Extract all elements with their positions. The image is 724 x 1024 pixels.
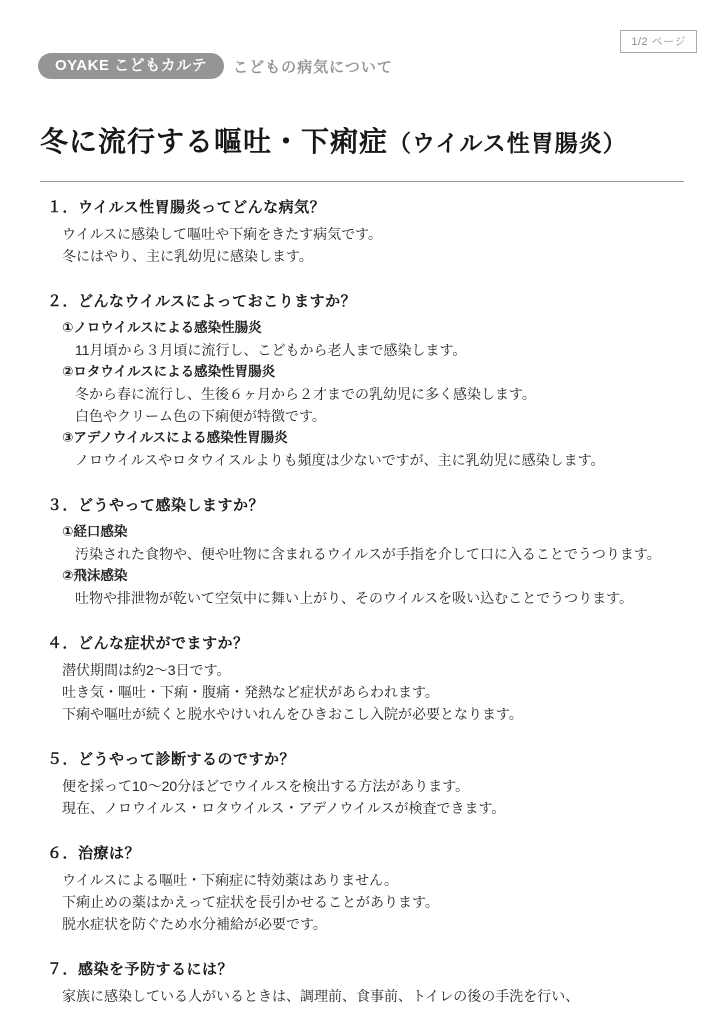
body-line: 家族に感染している人がいるときは、調理前、食事前、トイレの後の手洗を行い、 xyxy=(47,985,687,1007)
sub-heading-line: ①ノロウイルスによる感染性腸炎 xyxy=(47,317,687,339)
body-line: 現在、ノロウイルス・ロタウイルス・アデノウイルスが検査できます。 xyxy=(47,797,687,819)
body-line: 11月頃から３月頃に流行し、こどもから老人まで感染します。 xyxy=(47,339,687,361)
body-line: 下痢止めの薬はかえって症状を長引かせることがあります。 xyxy=(47,891,687,913)
section-heading: ２．どんなウイルスによっておこりますか？ xyxy=(47,291,687,313)
document-page: 1/2 ページ OYAKE こどもカルテ こどもの病気について 冬に流行する嘔吐… xyxy=(0,0,724,1024)
body-line: 下痢や嘔吐が続くと脱水やけいれんをひきおこし入院が必要となります。 xyxy=(47,703,687,725)
document-content: １．ウイルス性胃腸炎ってどんな病気？ ウイルスに感染して嘔吐や下痢をきたす病気で… xyxy=(47,197,687,1024)
section-heading: １．ウイルス性胃腸炎ってどんな病気？ xyxy=(47,197,687,219)
section-heading: ７．感染を予防するには？ xyxy=(47,959,687,981)
sub-heading-line: ①経口感染 xyxy=(47,521,687,543)
page-title-paren: （ウイルス性胃腸炎） xyxy=(388,130,627,156)
body-line: 便を採って10～20分ほどでウイルスを検出する方法があります。 xyxy=(47,775,687,797)
section-7: ７．感染を予防するには？ 家族に感染している人がいるときは、調理前、食事前、トイ… xyxy=(47,959,687,1007)
page-title: 冬に流行する嘔吐・下痢症（ウイルス性胃腸炎） xyxy=(40,120,627,160)
section-6: ６．治療は？ ウイルスによる嘔吐・下痢症に特効薬はありません。 下痢止めの薬はか… xyxy=(47,843,687,935)
body-line: ウイルスに感染して嘔吐や下痢をきたす病気です。 xyxy=(47,223,687,245)
header-subtitle: こどもの病気について xyxy=(233,56,393,77)
section-5: ５．どうやって診断するのですか？ 便を採って10～20分ほどでウイルスを検出する… xyxy=(47,749,687,819)
section-heading: ４．どんな症状がでますか？ xyxy=(47,633,687,655)
section-1: １．ウイルス性胃腸炎ってどんな病気？ ウイルスに感染して嘔吐や下痢をきたす病気で… xyxy=(47,197,687,267)
sub-heading-line: ②飛沫感染 xyxy=(47,565,687,587)
body-line: ウイルスによる嘔吐・下痢症に特効薬はありません。 xyxy=(47,869,687,891)
document-header: OYAKE こどもカルテ こどもの病気について xyxy=(38,53,393,79)
title-divider xyxy=(40,181,684,182)
body-line: 冬にはやり、主に乳幼児に感染します。 xyxy=(47,245,687,267)
brand-badge: OYAKE こどもカルテ xyxy=(38,53,224,79)
body-line: 冬から春に流行し、生後６ヶ月から２才までの乳幼児に多く感染します。 xyxy=(47,383,687,405)
sub-heading-line: ③アデノウイルスによる感染性胃腸炎 xyxy=(47,427,687,449)
sub-heading-line: ②ロタウイルスによる感染性胃腸炎 xyxy=(47,361,687,383)
section-heading: ３．どうやって感染しますか？ xyxy=(47,495,687,517)
section-4: ４．どんな症状がでますか？ 潜伏期間は約2～3日です。 吐き気・嘔吐・下痢・腹痛… xyxy=(47,633,687,725)
body-line: ノロウイルスやロタウイスルよりも頻度は少ないですが、主に乳幼児に感染します。 xyxy=(47,449,687,471)
body-line: 汚染された食物や、便や吐物に含まれるウイルスが手指を介して口に入ることでうつりま… xyxy=(47,543,687,565)
body-line: 脱水症状を防ぐため水分補給が必要です。 xyxy=(47,913,687,935)
body-line: 吐き気・嘔吐・下痢・腹痛・発熱など症状があらわれます。 xyxy=(47,681,687,703)
page-title-main: 冬に流行する嘔吐・下痢症 xyxy=(40,126,388,157)
section-heading: ５．どうやって診断するのですか？ xyxy=(47,749,687,771)
body-line: 潜伏期間は約2～3日です。 xyxy=(47,659,687,681)
page-indicator: 1/2 ページ xyxy=(620,30,697,53)
section-2: ２．どんなウイルスによっておこりますか？ ①ノロウイルスによる感染性腸炎 11月… xyxy=(47,291,687,471)
body-line: 白色やクリーム色の下痢便が特徴です。 xyxy=(47,405,687,427)
section-3: ３．どうやって感染しますか？ ①経口感染 汚染された食物や、便や吐物に含まれるウ… xyxy=(47,495,687,609)
section-heading: ６．治療は？ xyxy=(47,843,687,865)
body-line: 吐物や排泄物が乾いて空気中に舞い上がり、そのウイルスを吸い込むことでうつります。 xyxy=(47,587,687,609)
